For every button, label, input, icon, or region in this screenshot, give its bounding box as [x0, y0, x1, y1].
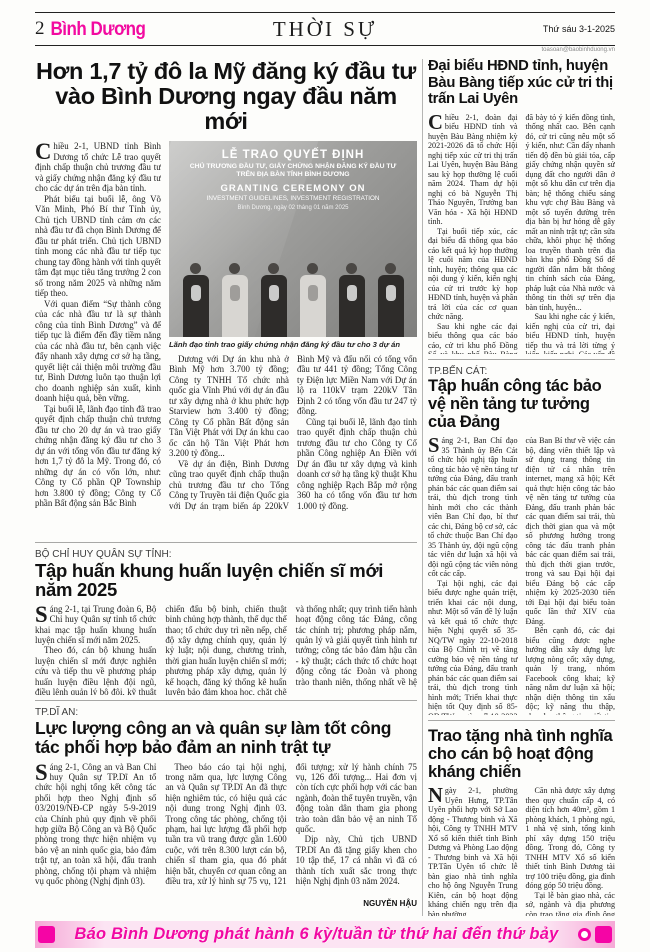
section-divider — [35, 700, 417, 701]
circulation-banner: Báo Bình Dương phát hành 6 kỳ/tuần từ th… — [35, 921, 615, 948]
newspaper-page: 2 Bình Dương THỜI SỰ Thứ sáu 3-1-2025 to… — [0, 0, 650, 952]
backdrop-english-subtitle: INVESTMENT GUIDELINES, INVESTMENT REGIST… — [169, 195, 417, 203]
article-ben-cat-ideology: TP.BẾN CÁT: Tập huấn công tác bảo vệ nền… — [428, 365, 615, 715]
paragraph: Sáng 2-1, Công an và Ban Chỉ huy Quân sự… — [35, 762, 156, 887]
article-main-investment: Hơn 1,7 tỷ đô la Mỹ đăng ký đầu tư vào B… — [35, 57, 417, 537]
banner-circle-icon — [578, 928, 591, 941]
main-headline: Hơn 1,7 tỷ đô la Mỹ đăng ký đầu tư vào B… — [35, 59, 417, 134]
content-area: Hơn 1,7 tỷ đô la Mỹ đăng ký đầu tư vào B… — [35, 57, 615, 916]
section-title: THỜI SỰ — [205, 17, 445, 42]
backdrop-subtitle-2: TRÊN ĐỊA BÀN TỈNH BÌNH DƯƠNG — [169, 171, 417, 179]
kicker: TP.DĨ AN: — [35, 707, 417, 718]
backdrop-date-line: Bình Dương, ngày 02 tháng 01 năm 2025 — [169, 205, 417, 213]
masthead: 2 Bình Dương THỜI SỰ Thứ sáu 3-1-2025 — [35, 13, 615, 45]
paragraph: Chiều 2-1, đoàn đại biểu HĐND tỉnh và hu… — [428, 113, 518, 227]
vertical-column-divider — [422, 59, 423, 916]
page-number: 2 — [35, 18, 45, 40]
paragraph: Chiều 2-1, UBND tỉnh Bình Dương tổ chức … — [35, 141, 161, 194]
byline: NGUYỄN HẬU — [355, 899, 417, 909]
people-silhouettes — [169, 251, 417, 337]
right-column-block: Đại biểu HĐND tỉnh, huyện Bàu Bàng tiếp … — [428, 57, 615, 916]
paragraph: Tại buổi tiếp xúc, các đại biểu đã thông… — [428, 227, 518, 322]
paragraph: Sáng 2-1, Ban Chỉ đạo 35 Thành ủy Bến Cá… — [428, 436, 518, 579]
article-body: Sáng 2-1, Công an và Ban Chỉ huy Quân sự… — [35, 762, 417, 910]
headline: Tập huấn công tác bảo vệ nền tảng tư tưở… — [428, 378, 615, 431]
kicker: BỘ CHỈ HUY QUÂN SỰ TỈNH: — [35, 549, 417, 560]
ceremony-photo: LỄ TRAO QUYẾT ĐỊNH CHỦ TRƯƠNG ĐẦU TƯ, GI… — [169, 141, 417, 337]
editorial-email: toasoan@baobinhduong.vn — [35, 46, 615, 55]
banner-square-icon — [595, 926, 612, 943]
headline: Trao tặng nhà tình nghĩa cho cán bộ hoạt… — [428, 728, 615, 781]
headline: Lực lượng công an và quân sự làm tốt côn… — [35, 719, 417, 758]
paragraph: Ngày 2-1, phường Uyên Hưng, TP.Tân Uyên … — [428, 786, 518, 916]
article-di-an-security: TP.DĨ AN: Lực lượng công an và quân sự l… — [35, 706, 417, 914]
headline: Đại biểu HĐND tỉnh, huyện Bàu Bàng tiếp … — [428, 58, 615, 108]
main-article-column-1: Chiều 2-1, UBND tỉnh Bình Dương tổ chức … — [35, 141, 161, 537]
banner-square-icon — [38, 926, 55, 943]
paragraph: Căn nhà được xây dựng theo quy chuẩn cấp… — [526, 786, 616, 891]
main-article-columns-2-3: Dương với Dự án khu nhà ở Bình Mỹ hơn 3.… — [169, 354, 417, 537]
section-divider — [428, 359, 615, 360]
circulation-banner-text: Báo Bình Dương phát hành 6 kỳ/tuần từ th… — [55, 925, 578, 944]
left-column-block: Hơn 1,7 tỷ đô la Mỹ đăng ký đầu tư vào B… — [35, 57, 417, 916]
photo-backdrop-text: LỄ TRAO QUYẾT ĐỊNH CHỦ TRƯƠNG ĐẦU TƯ, GI… — [169, 148, 417, 212]
paragraph: Với quan điểm “Sự thành công của các nhà… — [35, 299, 161, 404]
article-gratitude-house: Trao tặng nhà tình nghĩa cho cán bộ hoạt… — [428, 726, 615, 916]
section-divider — [428, 720, 615, 721]
backdrop-english-title: GRANTING CEREMONY ON — [169, 183, 417, 195]
paragraph: Sáng 2-1, tại Trung đoàn 6, Bộ Chỉ huy Q… — [35, 604, 156, 646]
section-divider — [35, 542, 417, 543]
headline: Tập huấn khung huấn luyện chiến sĩ mới n… — [35, 561, 417, 600]
paragraph: Cũng tại buổi lễ, lãnh đạo tỉnh trao quy… — [297, 417, 417, 512]
article-bau-bang-voters: Đại biểu HĐND tỉnh, huyện Bàu Bàng tiếp … — [428, 57, 615, 354]
paragraph: Tại buổi lễ, lãnh đạo tỉnh đã trao quyết… — [35, 404, 161, 509]
backdrop-subtitle: CHỦ TRƯƠNG ĐẦU TƯ, GIẤY CHỨNG NHẬN ĐĂNG … — [169, 163, 417, 171]
main-article-photo-columns: LỄ TRAO QUYẾT ĐỊNH CHỦ TRƯƠNG ĐẦU TƯ, GI… — [169, 141, 417, 537]
paragraph: Dương với Dự án khu nhà ở Bình Mỹ hơn 3.… — [169, 354, 289, 459]
paragraph: Phát biểu tại buổi lễ, ông Võ Văn Minh, … — [35, 194, 161, 299]
paragraph: Dịp này, Chủ tịch UBND TP.Dĩ An đã tặng … — [296, 834, 417, 886]
issue-date: Thứ sáu 3-1-2025 — [445, 24, 615, 34]
article-body: Chiều 2-1, đoàn đại biểu HĐND tỉnh và hu… — [428, 113, 615, 354]
article-body: Sáng 2-1, tại Trung đoàn 6, Bộ Chỉ huy Q… — [35, 604, 417, 695]
article-military-training: BỘ CHỈ HUY QUÂN SỰ TỈNH: Tập huấn khung … — [35, 548, 417, 695]
article-body: Sáng 2-1, Ban Chỉ đạo 35 Thành ủy Bến Cá… — [428, 436, 615, 715]
main-article-body: Chiều 2-1, UBND tỉnh Bình Dương tổ chức … — [35, 141, 417, 537]
kicker: TP.BẾN CÁT: — [428, 366, 615, 377]
photo-caption: Lãnh đạo tỉnh trao giấy chứng nhận đăng … — [169, 340, 417, 349]
article-body: Ngày 2-1, phường Uyên Hưng, TP.Tân Uyên … — [428, 786, 615, 916]
backdrop-title: LỄ TRAO QUYẾT ĐỊNH — [169, 148, 417, 162]
newspaper-logo: Bình Dương — [51, 18, 146, 41]
